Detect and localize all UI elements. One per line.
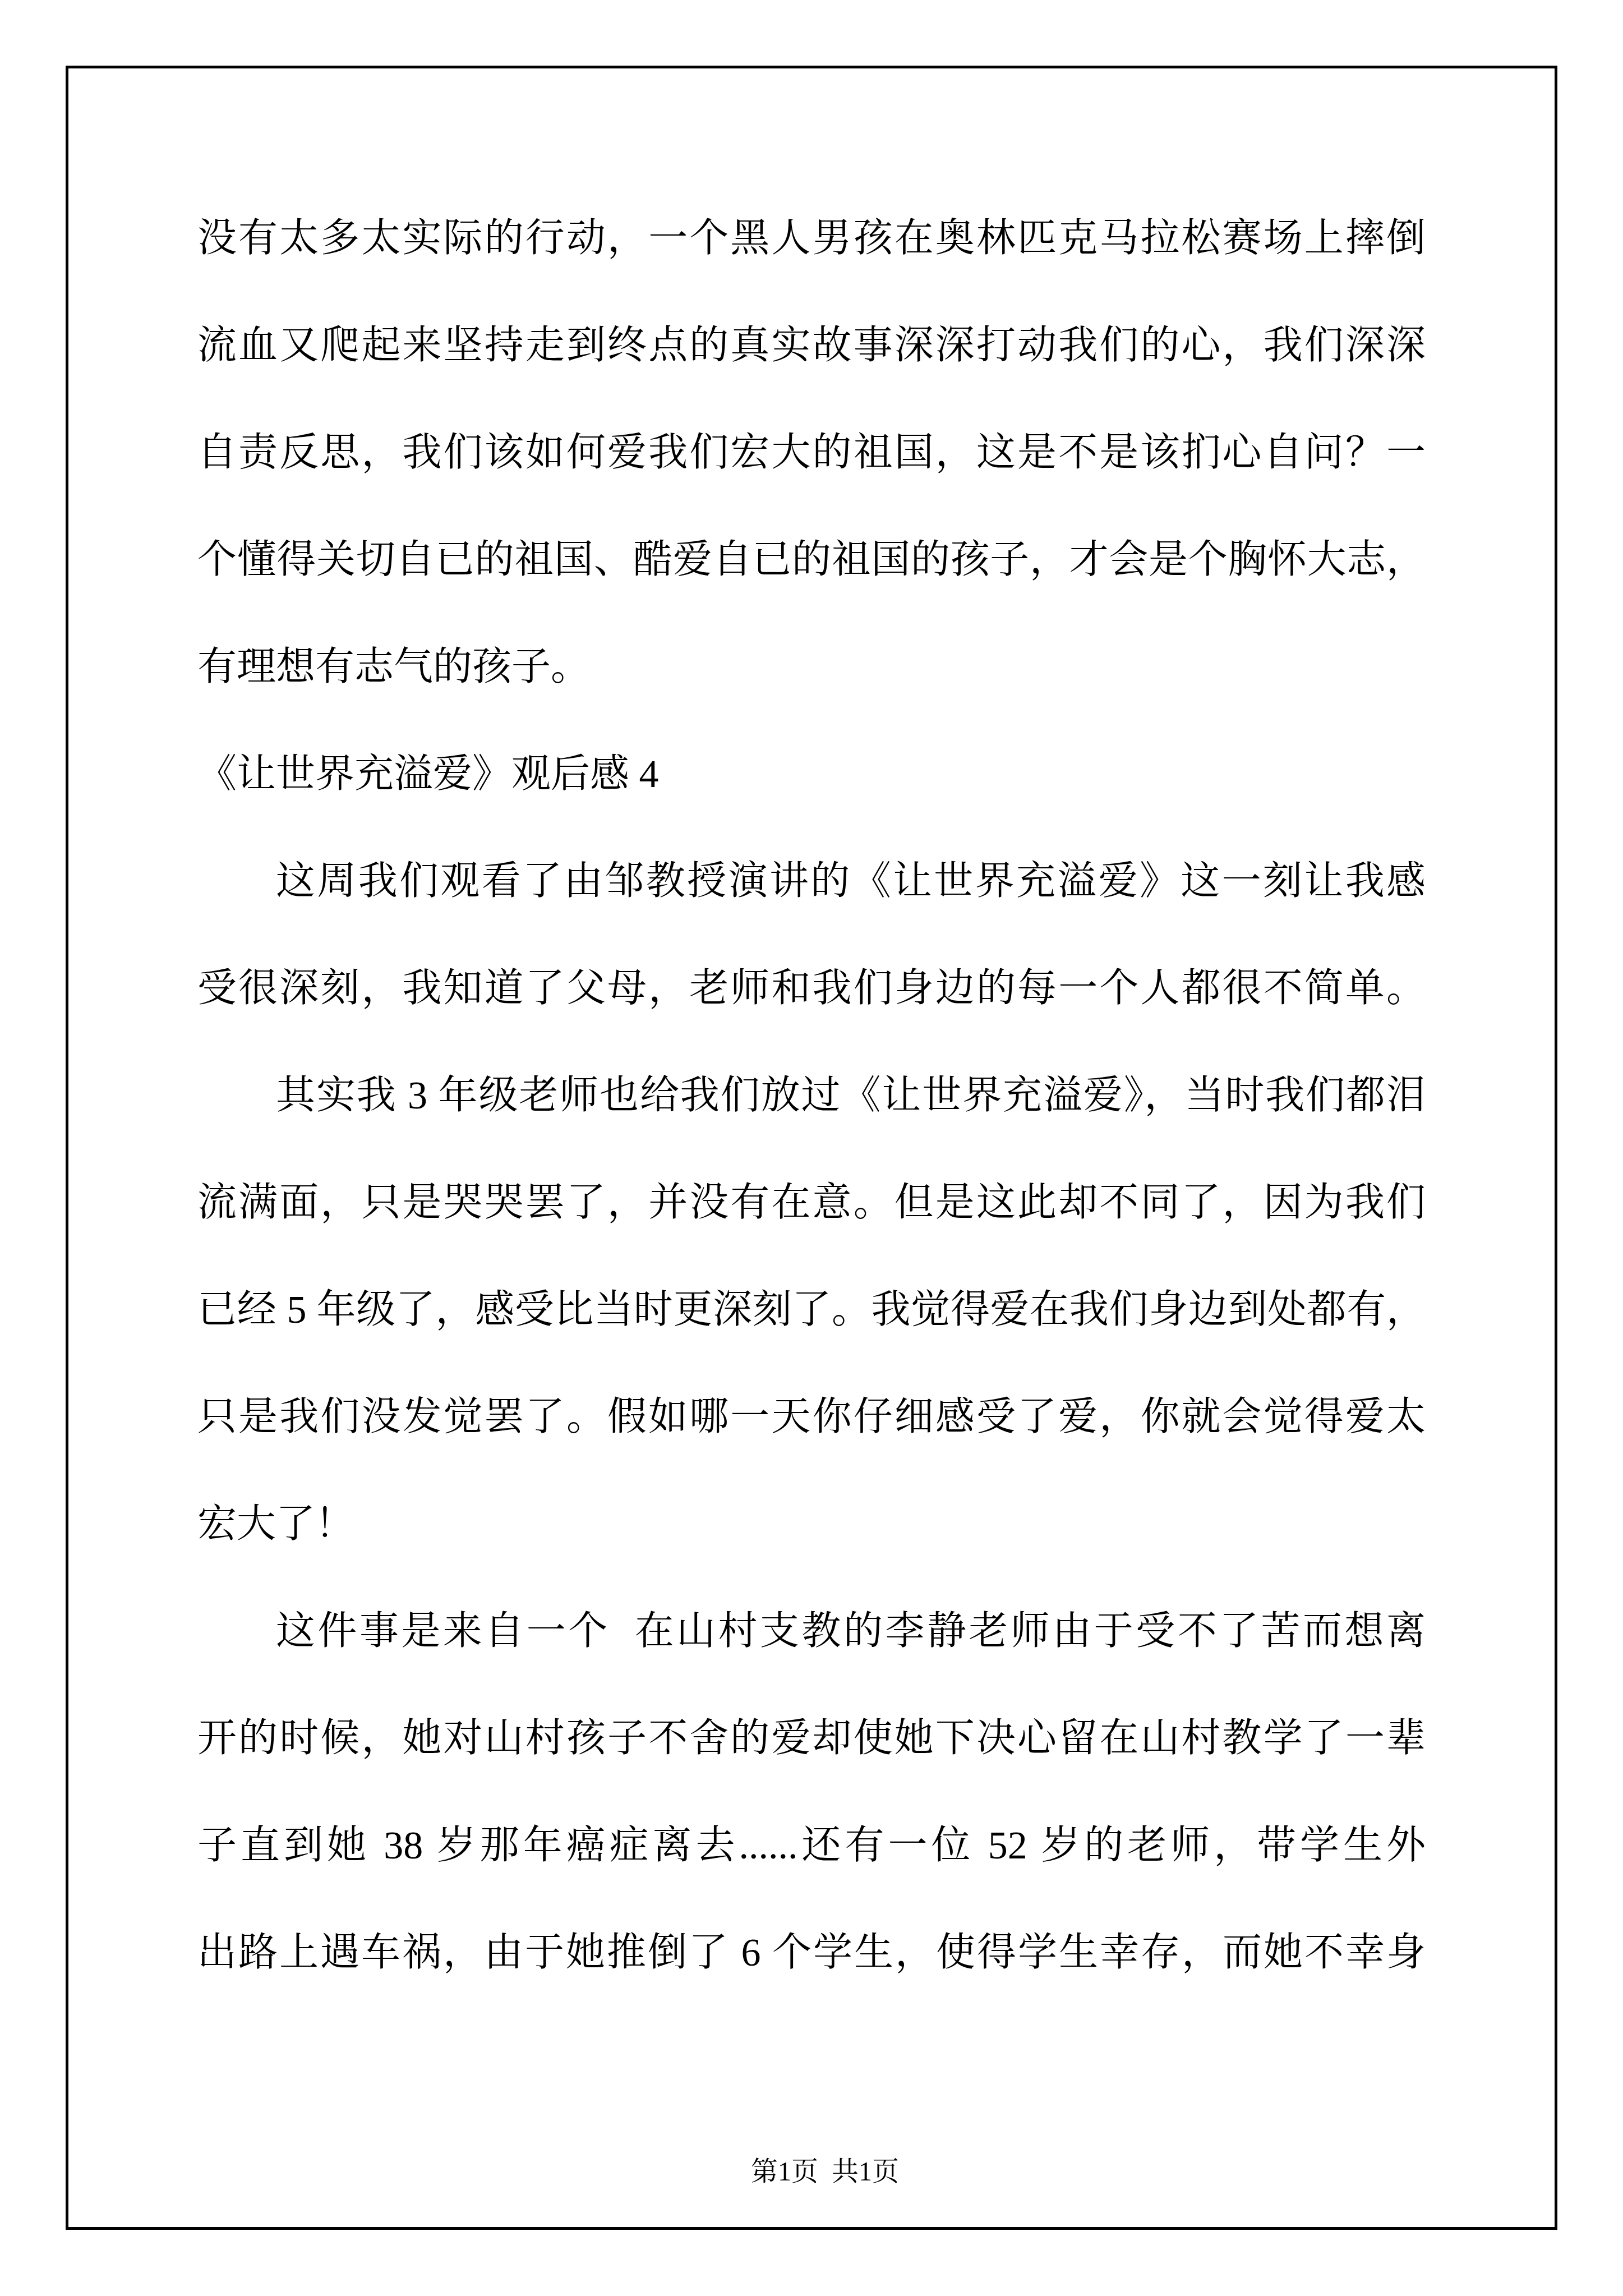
text-line: 宏大了！: [197, 1471, 1426, 1578]
text-line: 出路上遇车祸，由于她推倒了 6 个学生，使得学生幸存，而她不幸身: [197, 1899, 1426, 2007]
text-line: 其实我 3 年级老师也给我们放过《让世界充溢爱》，当时我们都泪: [197, 1042, 1426, 1149]
document-body: 没有太多太实际的行动，一个黑人男孩在奥林匹克马拉松赛场上摔倒 流血又爬起来坚持走…: [197, 185, 1426, 2007]
text-line: 只是我们没发觉罢了。假如哪一天你仔细感受了爱，你就会觉得爱太: [197, 1364, 1426, 1471]
text-line: 受很深刻，我知道了父母，老师和我们身边的每一个人都很不简单。: [197, 935, 1426, 1042]
document-page: 没有太多太实际的行动，一个黑人男孩在奥林匹克马拉松赛场上摔倒 流血又爬起来坚持走…: [0, 0, 1623, 2296]
text-line: 子直到她 38 岁那年癌症离去......还有一位 52 岁的老师，带学生外: [197, 1792, 1426, 1899]
text-line: 流血又爬起来坚持走到终点的真实故事深深打动我们的心，我们深深: [197, 292, 1426, 399]
text-line: 流满面，只是哭哭罢了，并没有在意。但是这此却不同了，因为我们: [197, 1149, 1426, 1257]
page-number-text: 第1页 共1页: [751, 2157, 899, 2187]
text-line: 个懂得关切自已的祖国、酷爱自已的祖国的孩子，才会是个胸怀大志，: [197, 507, 1426, 614]
page-footer: 第1页 共1页: [0, 2122, 1623, 2223]
text-line: 已经 5 年级了，感受比当时更深刻了。我觉得爱在我们身边到处都有，: [197, 1257, 1426, 1364]
text-line: 没有太多太实际的行动，一个黑人男孩在奥林匹克马拉松赛场上摔倒: [197, 185, 1426, 292]
text-line: 开的时候，她对山村孩子不舍的爱却使她下决心留在山村教学了一辈: [197, 1685, 1426, 1792]
text-line: 自责反思，我们该如何爱我们宏大的祖国，这是不是该扪心自问？一: [197, 399, 1426, 507]
section-title-line: 《让世界充溢爱》观后感 4: [197, 721, 1426, 828]
text-line: 这件事是来自一个 在山村支教的李静老师由于受不了苦而想离: [197, 1578, 1426, 1685]
text-line: 有理想有志气的孩子。: [197, 614, 1426, 721]
text-line: 这周我们观看了由邹教授演讲的《让世界充溢爱》这一刻让我感: [197, 828, 1426, 935]
